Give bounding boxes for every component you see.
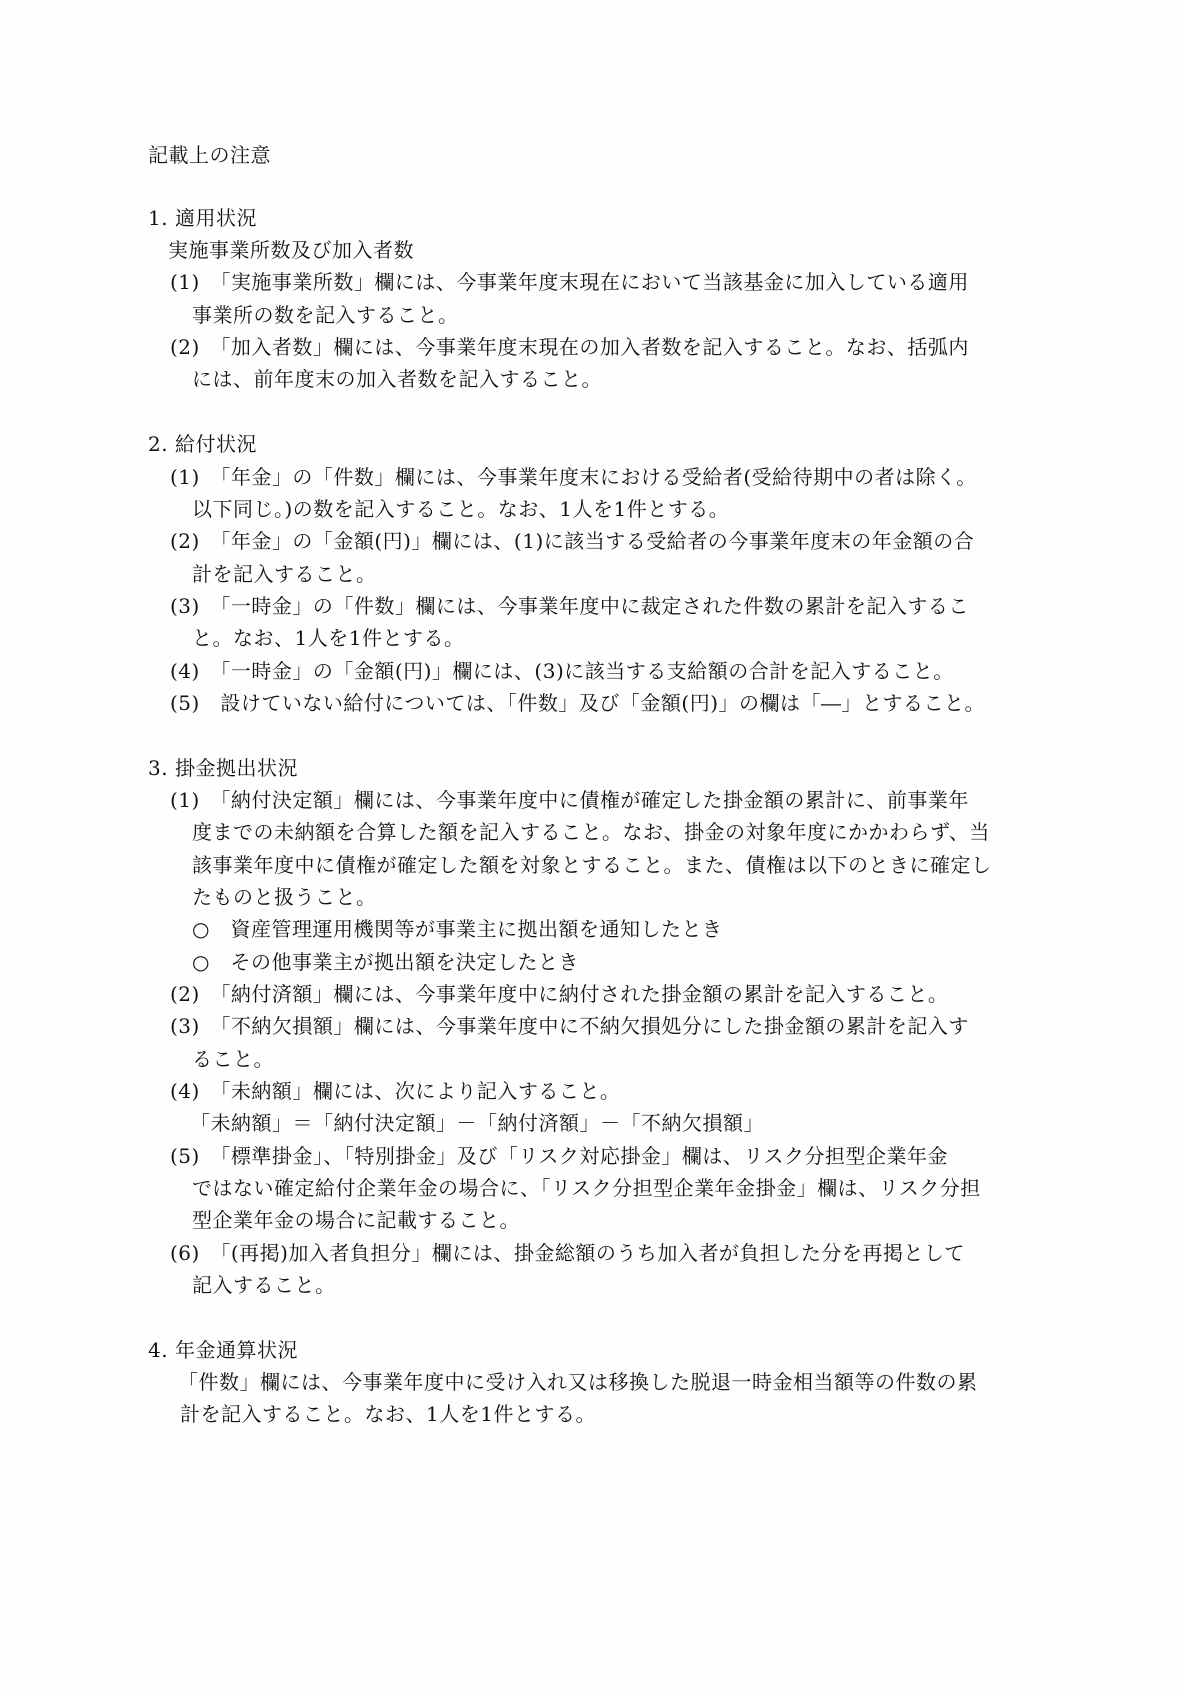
section-1-item-2: (2) 「加入者数」欄には、今事業年度末現在の加入者数を記入すること。なお、括弧… xyxy=(170,335,969,359)
section-3-item-5-cont-2: 型企業年金の場合に記載すること。 xyxy=(192,1208,520,1232)
section-2-item-3: (3) 「一時金」の「件数」欄には、今事業年度中に裁定された件数の累計を記入する… xyxy=(170,594,969,618)
section-4-body-cont: 計を記入すること。なお、1人を1件とする。 xyxy=(180,1402,596,1426)
section-3-formula: 「未納額」＝「納付決定額」－「納付済額」－「不納欠損額」 xyxy=(190,1111,764,1135)
section-2-item-5: (5) 設けていない給付については、「件数」及び「金額(円)」の欄は「―」とする… xyxy=(170,691,985,715)
section-1-subheading: 実施事業所数及び加入者数 xyxy=(168,238,414,262)
section-3-bullet-1: ○ 資産管理運用機関等が事業主に拠出額を通知したとき xyxy=(192,917,722,941)
section-2-item-1-cont: 以下同じ。)の数を記入すること。なお、1人を1件とする。 xyxy=(192,497,729,521)
section-2-item-2-cont: 計を記入すること。 xyxy=(192,562,377,586)
section-2-heading: 2. 給付状況 xyxy=(148,432,257,456)
section-3-item-6-cont: 記入すること。 xyxy=(192,1273,336,1297)
section-1-item-1: (1) 「実施事業所数」欄には、今事業年度末現在において当該基金に加入している適… xyxy=(170,270,969,294)
section-2-item-2: (2) 「年金」の「金額(円)」欄には、(1)に該当する受給者の今事業年度末の年… xyxy=(170,529,974,553)
section-3-item-2: (2) 「納付済額」欄には、今事業年度中に納付された掛金額の累計を記入すること。 xyxy=(170,982,948,1006)
section-4-heading: 4. 年金通算状況 xyxy=(148,1338,298,1362)
section-3-item-6: (6) 「(再掲)加入者負担分」欄には、掛金総額のうち加入者が負担した分を再掲と… xyxy=(170,1241,965,1265)
section-2-item-4: (4) 「一時金」の「金額(円)」欄には、(3)に該当する支給額の合計を記入する… xyxy=(170,659,954,683)
section-3-item-3: (3) 「不納欠損額」欄には、今事業年度中に不納欠損処分にした掛金額の累計を記入… xyxy=(170,1014,969,1038)
section-3-item-1: (1) 「納付決定額」欄には、今事業年度中に債権が確定した掛金額の累計に、前事業… xyxy=(170,788,969,812)
document-page: 記載上の注意 1. 適用状況 実施事業所数及び加入者数 (1) 「実施事業所数」… xyxy=(0,0,1181,1695)
section-3-item-4: (4) 「未納額」欄には、次により記入すること。 xyxy=(170,1079,620,1103)
section-3-heading: 3. 掛金拠出状況 xyxy=(148,756,298,780)
section-3-item-3-cont: ること。 xyxy=(192,1047,274,1071)
section-1-item-1-cont: 事業所の数を記入すること。 xyxy=(192,303,459,327)
section-2-item-1: (1) 「年金」の「件数」欄には、今事業年度末における受給者(受給待期中の者は除… xyxy=(170,465,977,489)
section-4-body: 「件数」欄には、今事業年度中に受け入れ又は移換した脱退一時金相当額等の件数の累 xyxy=(178,1370,978,1394)
section-3-item-5: (5) 「標準掛金」、「特別掛金」及び「リスク対応掛金」欄は、リスク分担型企業年… xyxy=(170,1144,948,1168)
section-3-item-1-cont-2: 該事業年度中に債権が確定した額を対象とすること。また、債権は以下のときに確定し xyxy=(192,853,992,877)
section-1-heading: 1. 適用状況 xyxy=(148,206,257,230)
section-2-item-3-cont: と。なお、1人を1件とする。 xyxy=(192,626,464,650)
section-1-item-2-cont: には、前年度末の加入者数を記入すること。 xyxy=(192,367,602,391)
section-3-item-5-cont-1: ではない確定給付企業年金の場合に、「リスク分担型企業年金掛金」欄は、リスク分担 xyxy=(192,1176,981,1200)
section-3-item-1-cont-3: たものと扱うこと。 xyxy=(192,885,377,909)
section-3-bullet-2: ○ その他事業主が拠出額を決定したとき xyxy=(192,950,579,974)
section-3-item-1-cont-1: 度までの未納額を合算した額を記入すること。なお、掛金の対象年度にかかわらず、当 xyxy=(192,820,990,844)
page-title: 記載上の注意 xyxy=(148,143,271,167)
